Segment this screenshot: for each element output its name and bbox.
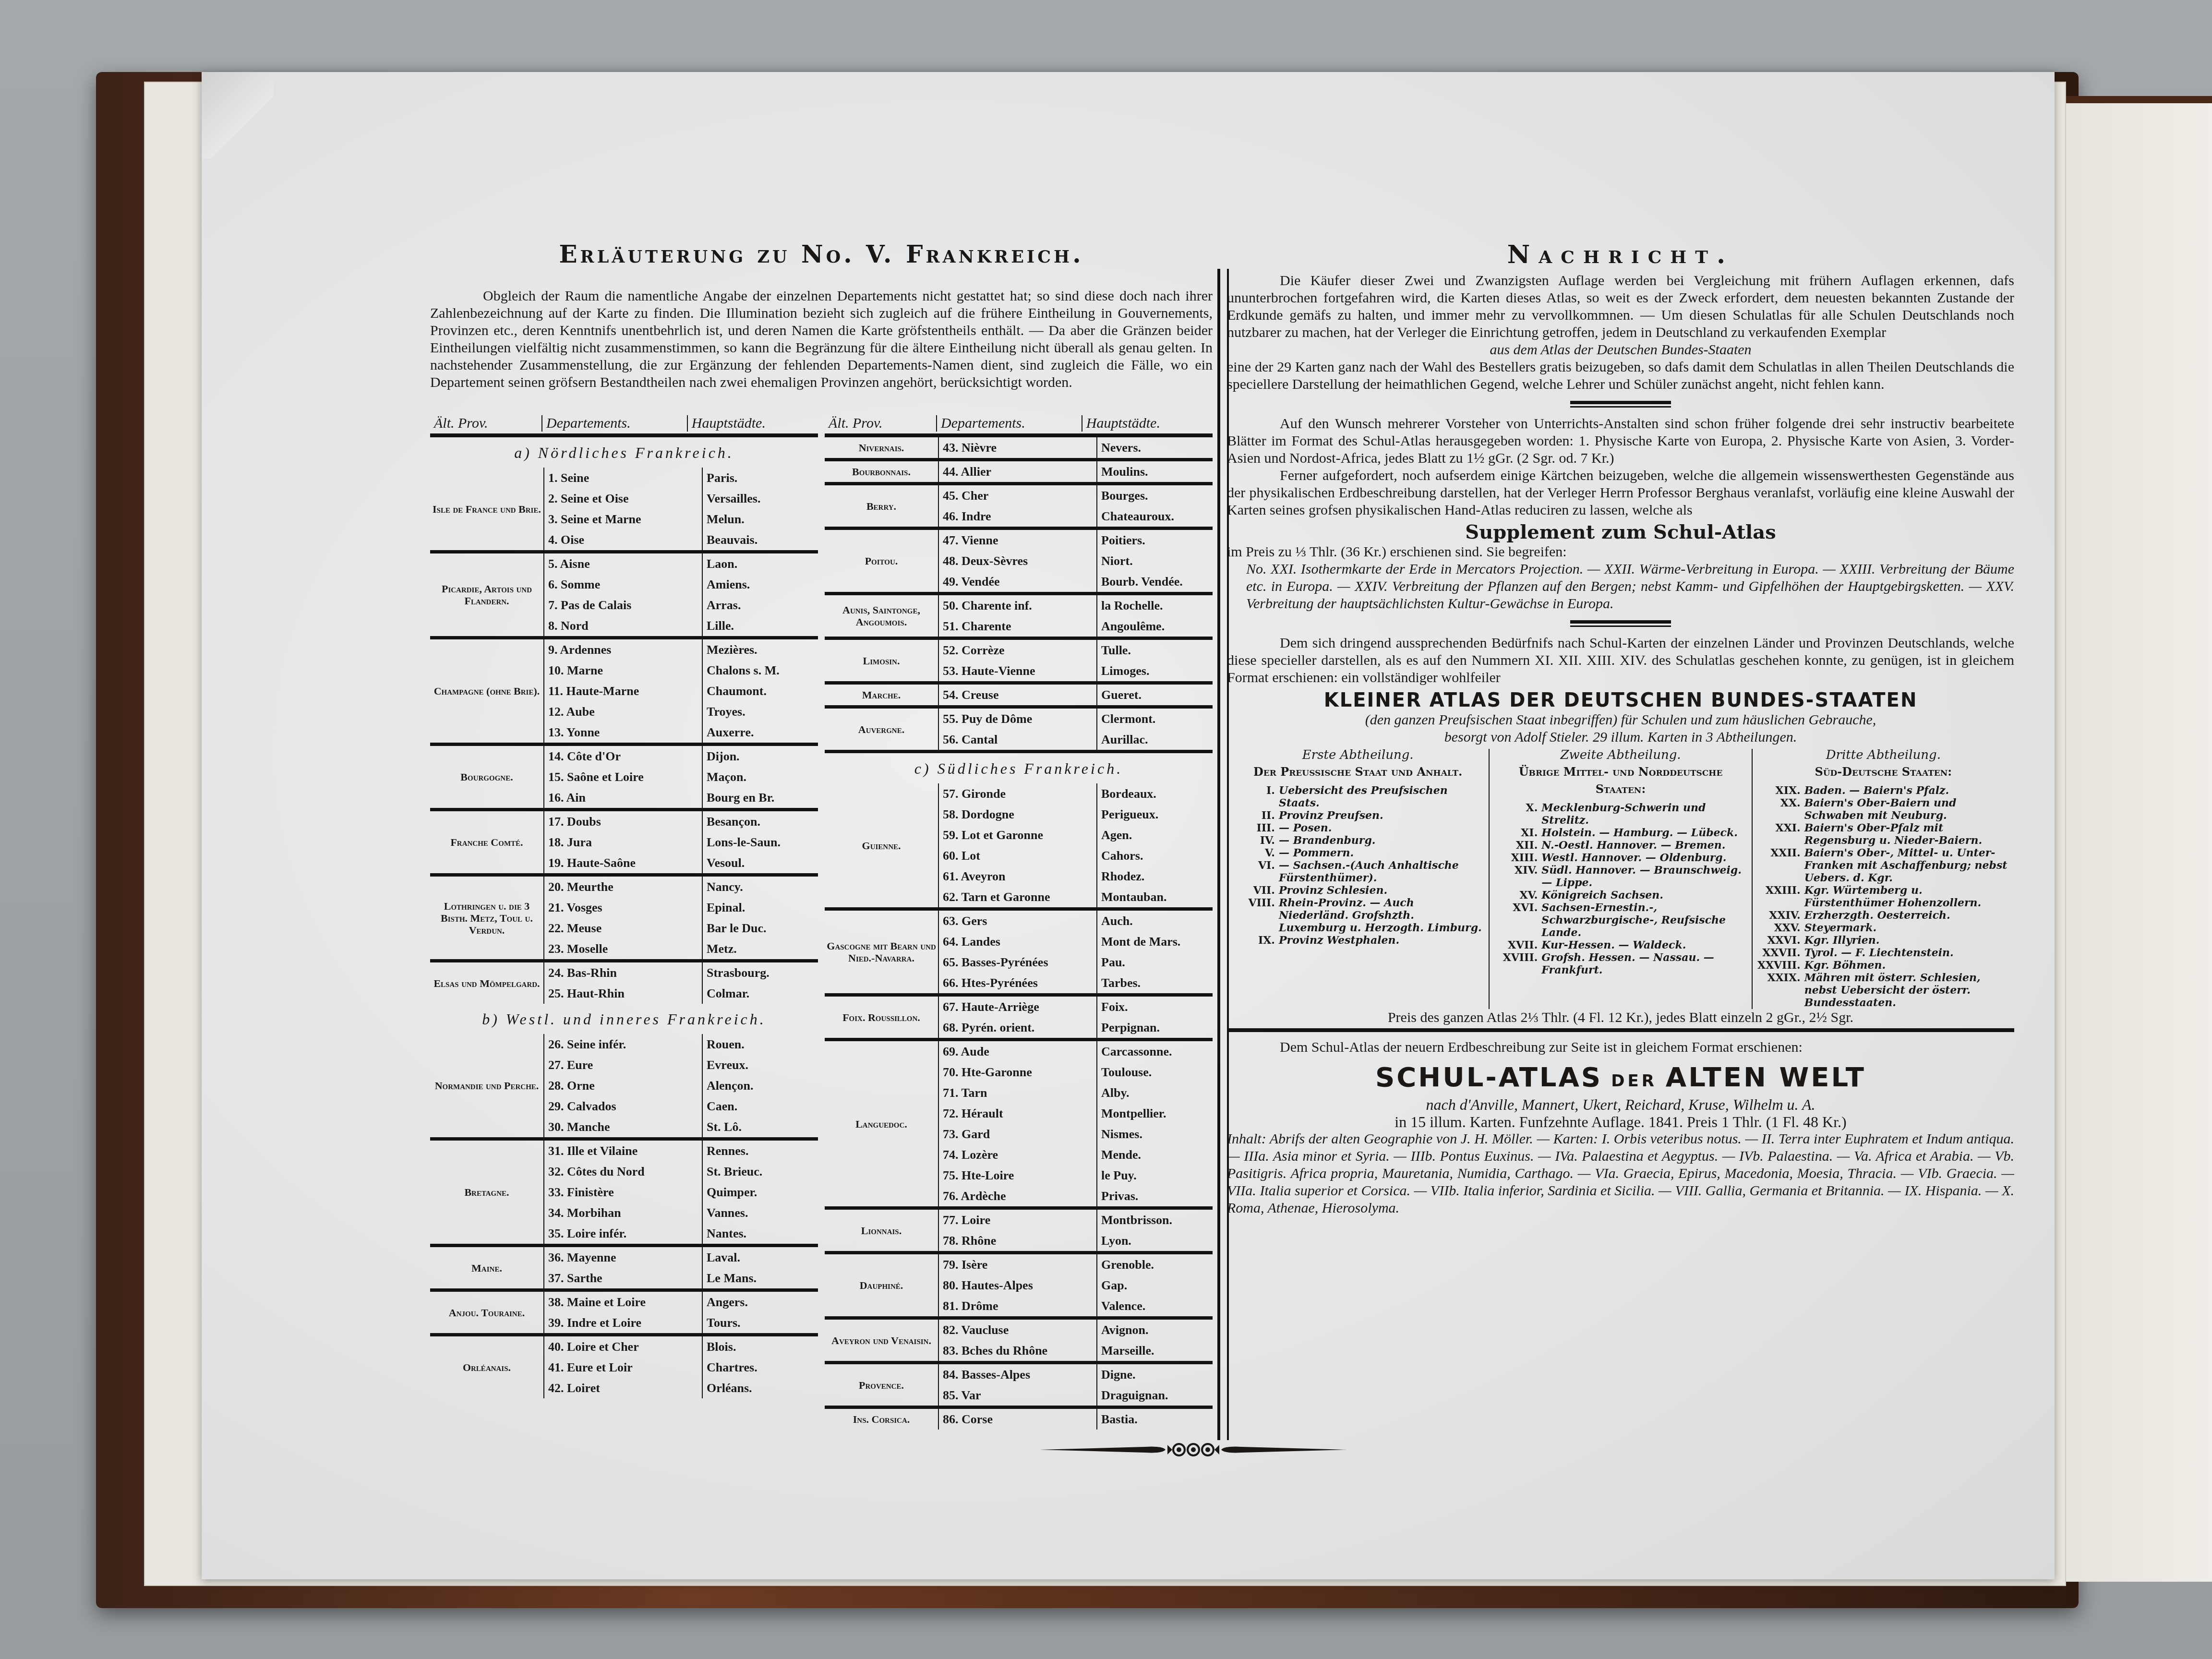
map-title: Baiern's Ober-, Mittel- u. Unter-Franken… <box>1804 847 2009 884</box>
map-title: Königreich Sachsen. <box>1541 889 1746 902</box>
erlaeuterung-intro: Obgleich der Raum die namentliche Angabe… <box>430 288 1213 391</box>
map-title: Baden. — Baiern's Pfalz. <box>1804 784 2009 797</box>
capital-cell: Montbrisson. <box>1101 1210 1213 1230</box>
capital-cell: Evreux. <box>707 1055 818 1075</box>
capital-cell: Rouen. <box>707 1034 818 1055</box>
departement-cell: 80. Hautes-Alpes <box>943 1275 1096 1296</box>
departement-cell: 85. Var <box>943 1385 1096 1406</box>
map-number: XXI. <box>1757 822 1804 847</box>
capital-cell: Gap. <box>1101 1275 1213 1296</box>
capital-cell: Foix. <box>1101 997 1213 1017</box>
departement-list: 82. Vaucluse83. Bches du Rhône <box>938 1320 1096 1361</box>
map-entry: XXII.Baiern's Ober-, Mittel- u. Unter-Fr… <box>1757 847 2009 884</box>
departement-cell: 2. Seine et Oise <box>548 488 702 509</box>
departement-list: 5. Aisne6. Somme7. Pas de Calais8. Nord <box>543 553 702 636</box>
map-number: XXVII. <box>1757 947 1804 959</box>
departement-cell: 78. Rhône <box>943 1230 1096 1251</box>
old-province-name: Bretagne. <box>430 1141 543 1244</box>
capital-cell: Colmar. <box>707 983 818 1004</box>
capital-cell: Niort. <box>1101 551 1213 571</box>
capital-cell: Cahors. <box>1101 845 1213 866</box>
old-province-name: Guienne. <box>825 783 938 907</box>
departement-cell: 35. Loire infér. <box>548 1223 702 1244</box>
abtheilung-heading: Zweite Abtheilung. <box>1494 749 1746 761</box>
map-title: Kgr. Würtemberg u. Fürstenthümer Hohenzo… <box>1804 884 2009 909</box>
departement-list: 20. Meurthe21. Vosges22. Meuse23. Mosell… <box>543 877 702 959</box>
capital-cell: Bourg en Br. <box>707 787 818 808</box>
departement-cell: 5. Aisne <box>548 553 702 574</box>
capital-list: Bourges.Chateauroux. <box>1096 485 1213 527</box>
bundes-staaten-line: aus dem Atlas der Deutschen Bundes-Staat… <box>1227 341 2014 359</box>
map-number: XXVI. <box>1757 934 1804 947</box>
old-province-name: Ins. Corsica. <box>825 1409 938 1430</box>
departement-cell: 25. Haut-Rhin <box>548 983 702 1004</box>
capital-cell: Vesoul. <box>707 853 818 873</box>
capital-list: Angers.Tours. <box>702 1292 818 1333</box>
departement-cell: 8. Nord <box>548 615 702 636</box>
facing-page <box>2050 103 2212 1582</box>
capital-list: Nancy.Epinal.Bar le Duc.Metz. <box>702 877 818 959</box>
departement-cell: 43. Nièvre <box>943 437 1096 458</box>
table-header: Ält. Prov. Departements. Hauptstädte. <box>430 415 818 437</box>
departement-cell: 1. Seine <box>548 468 702 488</box>
map-number: XI. <box>1494 827 1541 839</box>
old-province-name: Poitou. <box>825 530 938 592</box>
capital-cell: Arras. <box>707 595 818 615</box>
map-title: — Sachsen.-(Auch Anhaltische Fürstenthüm… <box>1279 859 1484 884</box>
map-entry: XII.N.-Oestl. Hannover. — Bremen. <box>1494 839 1746 852</box>
old-province-name: Gascogne mit Bearn und Nied.-Navarra. <box>825 911 938 993</box>
map-title: Mähren mit österr. Schlesien, nebst Uebe… <box>1804 972 2009 1009</box>
departement-cell: 68. Pyrén. orient. <box>943 1017 1096 1038</box>
short-rule <box>1570 401 1671 408</box>
abtheilung-subheading: Süd-Deutsche Staaten: <box>1757 763 2009 781</box>
schulatlas-edition: in 15 illum. Karten. Funfzehnte Auflage.… <box>1227 1113 2014 1130</box>
capital-cell: St. Lô. <box>707 1117 818 1137</box>
departement-cell: 53. Haute-Vienne <box>943 661 1096 681</box>
province-rows: 45. Cher46. IndreBourges.Chateauroux. <box>938 485 1213 527</box>
capital-cell: Nevers. <box>1101 437 1213 458</box>
departement-cell: 23. Moselle <box>548 938 702 959</box>
nachricht-paragraph-5: Dem Schul-Atlas der neuern Erdbeschreibu… <box>1227 1039 2014 1056</box>
province-group: Bourgogne.14. Côte d'Or15. Saône et Loir… <box>430 746 818 811</box>
map-entry: XI.Holstein. — Hamburg. — Lübeck. <box>1494 827 1746 839</box>
departement-list: 84. Basses-Alpes85. Var <box>938 1364 1096 1406</box>
departement-cell: 14. Côte d'Or <box>548 746 702 767</box>
capital-cell: Digne. <box>1101 1364 1213 1385</box>
capital-cell: Pau. <box>1101 952 1213 973</box>
map-number: VI. <box>1232 859 1279 884</box>
map-number: XXVIII. <box>1757 959 1804 972</box>
province-group: Limosin.52. Corrèze53. Haute-VienneTulle… <box>825 640 1213 685</box>
supplement-list: No. XXI. Isothermkarte der Erde in Merca… <box>1227 561 2014 613</box>
departement-list: 63. Gers64. Landes65. Basses-Pyrénées66.… <box>938 911 1096 993</box>
departement-cell: 83. Bches du Rhône <box>943 1340 1096 1361</box>
capital-cell: Bourges. <box>1101 485 1213 506</box>
province-group: Languedoc.69. Aude70. Hte-Garonne71. Tar… <box>825 1041 1213 1210</box>
nachricht-section: Nachricht. Die Käufer dieser Zwei und Zw… <box>1227 240 2014 1217</box>
capital-cell: Moulins. <box>1101 461 1213 482</box>
capital-list: la Rochelle.Angoulême. <box>1096 595 1213 637</box>
old-province-name: Aunis, Saintonge, Angoumois. <box>825 595 938 637</box>
province-rows: 20. Meurthe21. Vosges22. Meuse23. Mosell… <box>543 877 818 959</box>
map-entry: VII.Provinz Schlesien. <box>1232 884 1484 897</box>
capital-list: Paris.Versailles.Melun.Beauvais. <box>702 468 818 550</box>
departement-cell: 66. Htes-Pyrénées <box>943 973 1096 993</box>
province-group: Lionnais.77. Loire78. RhôneMontbrisson.L… <box>825 1210 1213 1254</box>
departement-list: 55. Puy de Dôme56. Cantal <box>938 709 1096 750</box>
map-entry: VI.— Sachsen.-(Auch Anhaltische Fürstent… <box>1232 859 1484 884</box>
map-entry: XVII.Kur-Hessen. — Waldeck. <box>1494 939 1746 951</box>
province-group: Nivernais.43. NièvreNevers. <box>825 437 1213 461</box>
atlas-price: Preis des ganzen Atlas 2⅓ Thlr. (4 Fl. 1… <box>1227 1009 2014 1032</box>
map-number: X. <box>1494 802 1541 827</box>
groups-west: Normandie und Perche.26. Seine infér.27.… <box>430 1034 818 1398</box>
abtheilung-heading: Dritte Abtheilung. <box>1757 749 2009 761</box>
map-number: XII. <box>1494 839 1541 852</box>
capital-list: Blois.Chartres.Orléans. <box>702 1336 818 1398</box>
departement-cell: 59. Lot et Garonne <box>943 825 1096 845</box>
province-group: Dauphiné.79. Isère80. Hautes-Alpes81. Dr… <box>825 1254 1213 1320</box>
departement-cell: 46. Indre <box>943 506 1096 527</box>
departement-cell: 67. Haute-Arriège <box>943 997 1096 1017</box>
province-rows: 84. Basses-Alpes85. VarDigne.Draguignan. <box>938 1364 1213 1406</box>
abtheilung-subheading: Der Preussische Staat und Anhalt. <box>1232 763 1484 781</box>
province-group: Bretagne.31. Ille et Vilaine32. Côtes du… <box>430 1141 818 1247</box>
departement-cell: 75. Hte-Loire <box>943 1165 1096 1186</box>
province-group: Lothringen u. die 3 Bisth. Metz, Toul u.… <box>430 877 818 962</box>
province-group: Bourbonnais.44. AllierMoulins. <box>825 461 1213 485</box>
capital-list: Montbrisson.Lyon. <box>1096 1210 1213 1251</box>
departement-cell: 22. Meuse <box>548 918 702 938</box>
map-entry: XIII.Westl. Hannover. — Oldenburg. <box>1494 852 1746 864</box>
supplement-title: Supplement zum Schul-Atlas <box>1227 521 2014 543</box>
province-rows: 86. CorseBastia. <box>938 1409 1213 1430</box>
kleiner-atlas-title: KLEINER ATLAS DER DEUTSCHEN BUNDES-STAAT… <box>1227 689 2014 711</box>
capital-cell: la Rochelle. <box>1101 595 1213 616</box>
province-rows: 69. Aude70. Hte-Garonne71. Tarn72. Hérau… <box>938 1041 1213 1206</box>
capital-list: Strasbourg.Colmar. <box>702 962 818 1004</box>
departement-list: 86. Corse <box>938 1409 1096 1430</box>
province-rows: 24. Bas-Rhin25. Haut-RhinStrasbourg.Colm… <box>543 962 818 1004</box>
schulatlas-title-part-b: DER <box>1611 1071 1657 1091</box>
capital-cell: Vannes. <box>707 1202 818 1223</box>
map-title: Uebersicht des Preufsischen Staats. <box>1279 784 1484 809</box>
province-rows: 54. CreuseGueret. <box>938 685 1213 705</box>
capital-cell: Agen. <box>1101 825 1213 845</box>
departement-list: 69. Aude70. Hte-Garonne71. Tarn72. Hérau… <box>938 1041 1096 1206</box>
old-province-name: Languedoc. <box>825 1041 938 1206</box>
short-rule <box>1570 620 1671 627</box>
departement-cell: 11. Haute-Marne <box>548 681 702 701</box>
capital-cell: le Puy. <box>1101 1165 1213 1186</box>
province-rows: 52. Corrèze53. Haute-VienneTulle.Limoges… <box>938 640 1213 681</box>
map-title: Provinz Schlesien. <box>1279 884 1484 897</box>
departement-cell: 37. Sarthe <box>548 1268 702 1288</box>
old-province-name: Isle de France und Brie. <box>430 468 543 550</box>
abtheilung-heading: Erste Abtheilung. <box>1232 749 1484 761</box>
map-title: Provinz Westphalen. <box>1279 934 1484 947</box>
departement-cell: 30. Manche <box>548 1117 702 1137</box>
province-group: Picardie, Artois und Flandern.5. Aisne6.… <box>430 553 818 639</box>
map-entry: XXVIII.Kgr. Böhmen. <box>1757 959 2009 972</box>
departement-cell: 6. Somme <box>548 574 702 595</box>
map-number: IV. <box>1232 834 1279 847</box>
capital-cell: Maçon. <box>707 767 818 787</box>
departement-cell: 82. Vaucluse <box>943 1320 1096 1340</box>
nachricht-title: Nachricht. <box>1227 240 2014 269</box>
abtheilung-column: Zweite Abtheilung.Übrige Mittel- und Nor… <box>1489 749 1751 1009</box>
capital-cell: Mont de Mars. <box>1101 931 1213 952</box>
departement-cell: 52. Corrèze <box>943 640 1096 661</box>
old-province-name: Aveyron und Venaisin. <box>825 1320 938 1361</box>
province-rows: 77. Loire78. RhôneMontbrisson.Lyon. <box>938 1210 1213 1251</box>
province-group: Auvergne.55. Puy de Dôme56. CantalClermo… <box>825 709 1213 753</box>
capital-cell: Toulouse. <box>1101 1062 1213 1082</box>
departement-cell: 57. Gironde <box>943 783 1096 804</box>
departement-list: 17. Doubs18. Jura19. Haute-Saône <box>543 811 702 873</box>
capital-cell: Blois. <box>707 1336 818 1357</box>
capital-cell: Aurillac. <box>1101 729 1213 750</box>
capital-cell: Carcassonne. <box>1101 1041 1213 1062</box>
schulatlas-authors: nach d'Anville, Mannert, Ukert, Reichard… <box>1227 1096 2014 1113</box>
departement-cell: 27. Eure <box>548 1055 702 1075</box>
map-entry: XIX.Baden. — Baiern's Pfalz. <box>1757 784 2009 797</box>
capital-cell: Laon. <box>707 553 818 574</box>
departement-list: 50. Charente inf.51. Charente <box>938 595 1096 637</box>
capital-cell: Orléans. <box>707 1378 818 1398</box>
capital-cell: Montpellier. <box>1101 1103 1213 1124</box>
map-entry: I.Uebersicht des Preufsischen Staats. <box>1232 784 1484 809</box>
map-number: XV. <box>1494 889 1541 902</box>
province-rows: 57. Gironde58. Dordogne59. Lot et Garonn… <box>938 783 1213 907</box>
old-province-name: Berry. <box>825 485 938 527</box>
departement-list: 47. Vienne48. Deux-Sèvres49. Vendée <box>938 530 1096 592</box>
capital-cell: Poitiers. <box>1101 530 1213 551</box>
map-entry: IV.— Brandenburg. <box>1232 834 1484 847</box>
departement-cell: 19. Haute-Saône <box>548 853 702 873</box>
departement-cell: 17. Doubs <box>548 811 702 832</box>
page-corner-fold <box>202 72 274 158</box>
departement-cell: 39. Indre et Loire <box>548 1312 702 1333</box>
map-number: VII. <box>1232 884 1279 897</box>
province-rows: 47. Vienne48. Deux-Sèvres49. VendéePoiti… <box>938 530 1213 592</box>
section-heading-south: c) Südliches Frankreich. <box>825 760 1213 778</box>
departement-cell: 56. Cantal <box>943 729 1096 750</box>
nachricht-paragraph-1-cont: eine der 29 Karten ganz nach der Wahl de… <box>1227 359 2014 393</box>
map-entry: XVIII.Grofsh. Hessen. — Nassau. — Frankf… <box>1494 951 1746 976</box>
capital-cell: Chalons s. M. <box>707 660 818 681</box>
departement-list: 67. Haute-Arriège68. Pyrén. orient. <box>938 997 1096 1038</box>
capital-cell: Metz. <box>707 938 818 959</box>
departement-cell: 79. Isère <box>943 1254 1096 1275</box>
old-province-name: Nivernais. <box>825 437 938 458</box>
departement-list: 9. Ardennes10. Marne11. Haute-Marne12. A… <box>543 639 702 743</box>
capital-cell: Mezières. <box>707 639 818 660</box>
old-province-name: Champagne (ohne Brie). <box>430 639 543 743</box>
map-entry: XV.Königreich Sachsen. <box>1494 889 1746 902</box>
old-province-name: Bourgogne. <box>430 746 543 808</box>
capital-cell: Perpignan. <box>1101 1017 1213 1038</box>
capital-cell: Tours. <box>707 1312 818 1333</box>
province-group: Isle de France und Brie.1. Seine2. Seine… <box>430 468 818 553</box>
departement-list: 24. Bas-Rhin25. Haut-Rhin <box>543 962 702 1004</box>
map-title: — Brandenburg. <box>1279 834 1484 847</box>
schulatlas-title-part-a: SCHUL-ATLAS <box>1375 1062 1602 1093</box>
map-entry: III.— Posen. <box>1232 822 1484 834</box>
schulatlas-contents: Inhalt: Abrifs der alten Geographie von … <box>1227 1130 2014 1217</box>
capital-cell: Mende. <box>1101 1144 1213 1165</box>
province-group: Marche.54. CreuseGueret. <box>825 685 1213 709</box>
province-group: Provence.84. Basses-Alpes85. VarDigne.Dr… <box>825 1364 1213 1409</box>
capital-cell: Paris. <box>707 468 818 488</box>
capital-cell: Nismes. <box>1101 1124 1213 1144</box>
departement-cell: 12. Aube <box>548 701 702 722</box>
capital-cell: Montauban. <box>1101 887 1213 907</box>
province-group: Guienne.57. Gironde58. Dordogne59. Lot e… <box>825 783 1213 911</box>
departement-list: 40. Loire et Cher41. Eure et Loir42. Loi… <box>543 1336 702 1398</box>
header-capitals: Hauptstädte. <box>688 415 818 432</box>
capital-list: Bordeaux.Perigueux.Agen.Cahors.Rhodez.Mo… <box>1096 783 1213 907</box>
capital-cell: Epinal. <box>707 897 818 918</box>
capital-list: Tulle.Limoges. <box>1096 640 1213 681</box>
departement-cell: 51. Charente <box>943 616 1096 637</box>
province-group: Elsas und Mömpelgard.24. Bas-Rhin25. Hau… <box>430 962 818 1004</box>
old-province-name: Maine. <box>430 1247 543 1288</box>
departement-cell: 63. Gers <box>943 911 1096 931</box>
departement-cell: 29. Calvados <box>548 1096 702 1117</box>
capital-list: Bastia. <box>1096 1409 1213 1430</box>
nachricht-paragraph-3: Ferner aufgefordert, noch aufserdem eini… <box>1227 467 2014 519</box>
province-group: Anjou. Touraine.38. Maine et Loire39. In… <box>430 1292 818 1336</box>
old-province-name: Foix. Roussillon. <box>825 997 938 1038</box>
map-entry: XXIX.Mähren mit österr. Schlesien, nebst… <box>1757 972 2009 1009</box>
capital-cell: Bastia. <box>1101 1409 1213 1430</box>
province-rows: 55. Puy de Dôme56. CantalClermont.Aurill… <box>938 709 1213 750</box>
capital-list: Rouen.Evreux.Alençon.Caen.St. Lô. <box>702 1034 818 1137</box>
capital-cell: Lille. <box>707 615 818 636</box>
old-province-name: Provence. <box>825 1364 938 1406</box>
capital-cell: Quimper. <box>707 1182 818 1202</box>
abtheilung-column: Dritte Abtheilung.Süd-Deutsche Staaten:X… <box>1752 749 2014 1009</box>
departement-cell: 77. Loire <box>943 1210 1096 1230</box>
map-entry: VIII.Rhein-Provinz. — Auch Niederländ. G… <box>1232 897 1484 934</box>
departement-cell: 74. Lozère <box>943 1144 1096 1165</box>
capital-cell: Strasbourg. <box>707 962 818 983</box>
capital-cell: Troyes. <box>707 701 818 722</box>
map-number: XXIV. <box>1757 909 1804 922</box>
map-title: Baiern's Ober-Baiern und Schwaben mit Ne… <box>1804 797 2009 822</box>
capital-cell: Chaumont. <box>707 681 818 701</box>
map-title: Provinz Preufsen. <box>1279 809 1484 822</box>
departement-list: 43. Nièvre <box>938 437 1096 458</box>
map-number: XIII. <box>1494 852 1541 864</box>
section-heading-north: a) Nördliches Frankreich. <box>430 444 818 462</box>
departement-cell: 54. Creuse <box>943 685 1096 705</box>
map-number: XVI. <box>1494 902 1541 939</box>
map-number: III. <box>1232 822 1279 834</box>
capital-cell: Bar le Duc. <box>707 918 818 938</box>
capital-cell: Lyon. <box>1101 1230 1213 1251</box>
province-group: Gascogne mit Bearn und Nied.-Navarra.63.… <box>825 911 1213 997</box>
old-province-name: Anjou. Touraine. <box>430 1292 543 1333</box>
capital-cell: Gueret. <box>1101 685 1213 705</box>
capital-cell: Avignon. <box>1101 1320 1213 1340</box>
capital-cell: Bourb. Vendée. <box>1101 571 1213 592</box>
departement-cell: 70. Hte-Garonne <box>943 1062 1096 1082</box>
header-old-province: Ält. Prov. <box>825 415 937 432</box>
province-rows: 31. Ille et Vilaine32. Côtes du Nord33. … <box>543 1141 818 1244</box>
capital-cell: Bordeaux. <box>1101 783 1213 804</box>
map-number: VIII. <box>1232 897 1279 934</box>
province-rows: 36. Mayenne37. SartheLaval.Le Mans. <box>543 1247 818 1288</box>
old-province-name: Lothringen u. die 3 Bisth. Metz, Toul u.… <box>430 877 543 959</box>
capital-cell: Tulle. <box>1101 640 1213 661</box>
header-capitals: Hauptstädte. <box>1082 415 1213 432</box>
map-entry: V.— Pommern. <box>1232 847 1484 859</box>
departement-cell: 48. Deux-Sèvres <box>943 551 1096 571</box>
old-province-name: Limosin. <box>825 640 938 681</box>
departement-cell: 73. Gard <box>943 1124 1096 1144</box>
capital-cell: Alby. <box>1101 1082 1213 1103</box>
capital-cell: Tarbes. <box>1101 973 1213 993</box>
departement-cell: 84. Basses-Alpes <box>943 1364 1096 1385</box>
departement-cell: 18. Jura <box>548 832 702 853</box>
old-province-name: Franche Comté. <box>430 811 543 873</box>
capital-cell: Draguignan. <box>1101 1385 1213 1406</box>
departement-cell: 34. Morbihan <box>548 1202 702 1223</box>
map-entry: XXIV.Erzherzgth. Oesterreich. <box>1757 909 2009 922</box>
map-number: XXIX. <box>1757 972 1804 1009</box>
capital-list: Grenoble.Gap.Valence. <box>1096 1254 1213 1316</box>
province-rows: 79. Isère80. Hautes-Alpes81. DrômeGrenob… <box>938 1254 1213 1316</box>
groups-central: Nivernais.43. NièvreNevers.Bourbonnais.4… <box>825 437 1213 753</box>
map-title: N.-Oestl. Hannover. — Bremen. <box>1541 839 1746 852</box>
capital-list: Digne.Draguignan. <box>1096 1364 1213 1406</box>
ornament-divider-icon <box>1040 1440 1347 1459</box>
departement-cell: 13. Yonne <box>548 722 702 743</box>
map-number: XVIII. <box>1494 951 1541 976</box>
abtheilungen-columns: Erste Abtheilung.Der Preussische Staat u… <box>1227 749 2014 1009</box>
departement-list: 36. Mayenne37. Sarthe <box>543 1247 702 1288</box>
old-province-name: Normandie und Perche. <box>430 1034 543 1137</box>
departement-cell: 31. Ille et Vilaine <box>548 1141 702 1161</box>
departement-cell: 55. Puy de Dôme <box>943 709 1096 729</box>
map-number: II. <box>1232 809 1279 822</box>
province-rows: 40. Loire et Cher41. Eure et Loir42. Loi… <box>543 1336 818 1398</box>
capital-list: Avignon.Marseille. <box>1096 1320 1213 1361</box>
province-rows: 17. Doubs18. Jura19. Haute-SaôneBesançon… <box>543 811 818 873</box>
province-rows: 67. Haute-Arriège68. Pyrén. orient.Foix.… <box>938 997 1213 1038</box>
map-number: XXIII. <box>1757 884 1804 909</box>
map-title: Steyermark. <box>1804 922 2009 934</box>
departement-cell: 81. Drôme <box>943 1296 1096 1316</box>
departement-cell: 44. Allier <box>943 461 1096 482</box>
capital-cell: Valence. <box>1101 1296 1213 1316</box>
departement-list: 52. Corrèze53. Haute-Vienne <box>938 640 1096 681</box>
map-entry: XXI.Baiern's Ober-Pfalz mit Regensburg u… <box>1757 822 2009 847</box>
capital-list: Rennes.St. Brieuc.Quimper.Vannes.Nantes. <box>702 1141 818 1244</box>
header-departements: Departements. <box>937 415 1082 432</box>
erlaeuterung-title: Erläuterung zu No. V. Frankreich. <box>430 240 1213 268</box>
province-group: Foix. Roussillon.67. Haute-Arriège68. Py… <box>825 997 1213 1041</box>
departement-list: 1. Seine2. Seine et Oise3. Seine et Marn… <box>543 468 702 550</box>
province-group: Poitou.47. Vienne48. Deux-Sèvres49. Vend… <box>825 530 1213 595</box>
capital-cell: Grenoble. <box>1101 1254 1213 1275</box>
province-group: Champagne (ohne Brie).9. Ardennes10. Mar… <box>430 639 818 746</box>
departement-cell: 64. Landes <box>943 931 1096 952</box>
departement-list: 57. Gironde58. Dordogne59. Lot et Garonn… <box>938 783 1096 907</box>
